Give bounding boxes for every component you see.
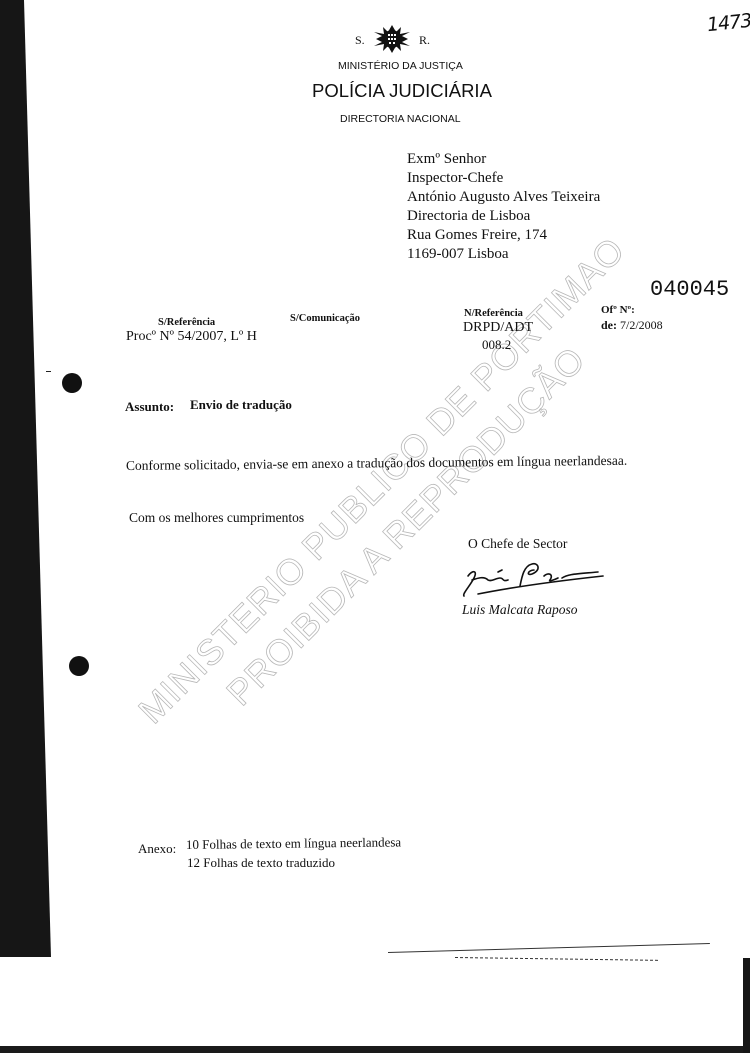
- n-referencia-value-1: DRPD/ADT: [463, 320, 533, 336]
- footer-rule: [388, 943, 710, 953]
- watermark-line-2: PROIBIDA A REPRODUÇÃO: [218, 338, 594, 714]
- signatory-title: O Chefe de Sector: [468, 536, 567, 552]
- ministry-name: MINISTÉRIO DA JUSTIÇA: [338, 60, 463, 72]
- recipient-line: Directoria de Lisboa: [407, 207, 600, 226]
- recipient-line: Rua Gomes Freire, 174: [407, 226, 600, 245]
- closing-text: Com os melhores cumprimentos: [129, 510, 304, 526]
- body-paragraph: Conforme solicitado, envia-se em anexo a…: [126, 453, 627, 474]
- handwritten-page-number: 1473: [706, 10, 750, 37]
- oficio-date: de: 7/2/2008: [601, 318, 663, 333]
- agency-name: POLÍCIA JUDICIÁRIA: [312, 80, 492, 102]
- recipient-line: Exmº Senhor: [407, 150, 600, 169]
- subject-label: Assunto:: [125, 399, 174, 415]
- n-referencia-value-2: 008.2: [482, 337, 511, 353]
- s-referencia-value: Procº Nº 54/2007, Lº H: [126, 329, 257, 345]
- recipient-line: 1169-007 Lisboa: [407, 245, 600, 264]
- date-value: 7/2/2008: [620, 318, 663, 332]
- date-label: de:: [601, 318, 617, 332]
- recipient-address: Exmº Senhor Inspector-Chefe António Augu…: [407, 150, 600, 264]
- scan-speck: [46, 371, 51, 372]
- directorate-name: DIRECTORIA NACIONAL: [340, 113, 461, 125]
- n-referencia-label: N/Referência: [464, 308, 523, 319]
- emblem-label-left: S.: [355, 33, 365, 48]
- watermark-line-1: MINISTERIO PUBLICO DE PORTIMAO: [130, 229, 633, 732]
- scan-border-right: [743, 958, 750, 1053]
- annex-label: Anexo:: [138, 841, 176, 857]
- annex-item: 10 Folhas de texto em língua neerlandesa: [186, 834, 401, 853]
- scan-border-left: [0, 0, 52, 957]
- coat-of-arms-icon: [372, 24, 412, 54]
- oficio-number-label: Ofº Nº:: [601, 304, 635, 316]
- office-stamp-number: 040045: [650, 277, 729, 302]
- s-comunicacao-label: S/Comunicação: [290, 313, 360, 324]
- punch-hole-bottom: [69, 656, 89, 676]
- recipient-line: António Augusto Alves Teixeira: [407, 188, 600, 207]
- footer-dashed-rule: [455, 957, 658, 961]
- emblem-label-right: R.: [419, 33, 430, 48]
- recipient-line: Inspector-Chefe: [407, 169, 600, 188]
- annex-item: 12 Folhas de texto traduzido: [187, 855, 335, 871]
- s-referencia-label: S/Referência: [158, 317, 215, 328]
- handwritten-signature-icon: [458, 556, 608, 601]
- subject-value: Envio de tradução: [190, 397, 292, 413]
- signatory-name: Luis Malcata Raposo: [462, 602, 578, 618]
- punch-hole-top: [62, 373, 82, 393]
- scan-border-bottom: [0, 1046, 750, 1053]
